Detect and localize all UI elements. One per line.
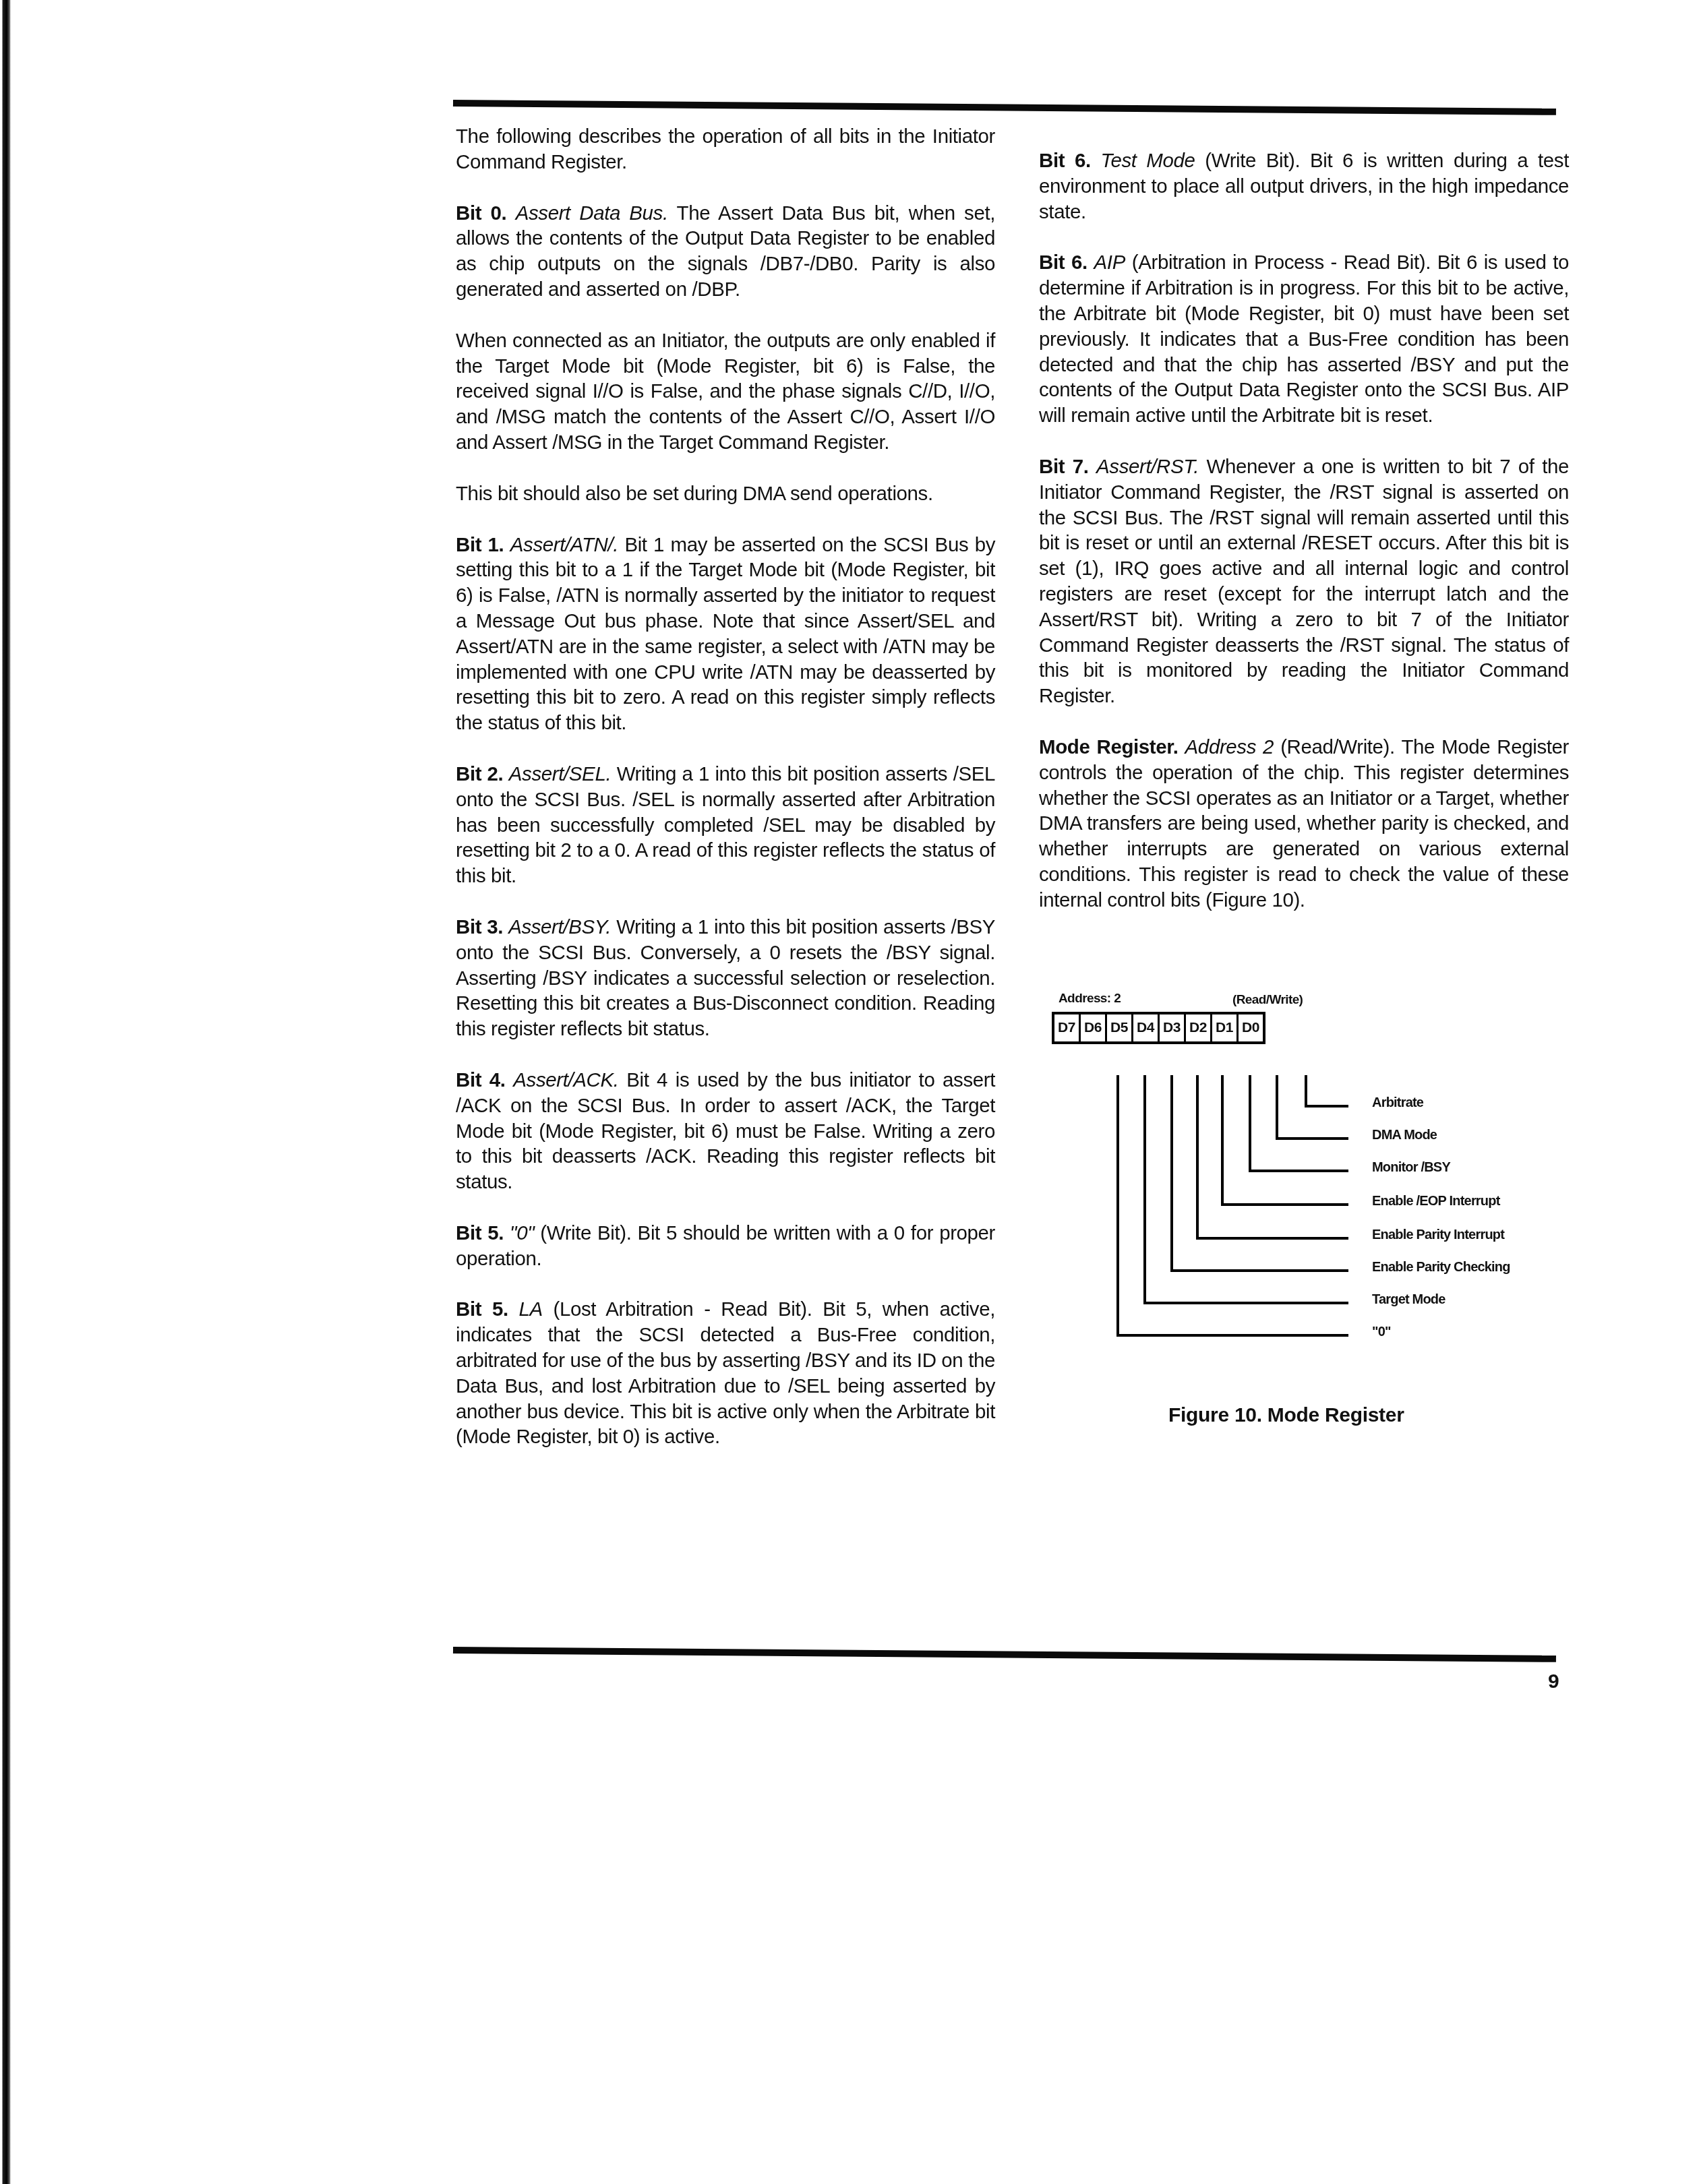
bit-title: Assert/BSY. [508, 916, 611, 938]
bit-label-dma-mode: DMA Mode [1372, 1128, 1437, 1143]
bit-label-enable-parity-interrupt: Enable Parity Interrupt [1372, 1227, 1504, 1243]
paragraph-bit0: Bit 0. Assert Data Bus. The Assert Data … [456, 201, 995, 303]
figure-caption: Figure 10. Mode Register [1168, 1404, 1404, 1427]
bottom-rule [453, 1647, 1556, 1662]
bit-label-enable-parity-checking: Enable Parity Checking [1372, 1260, 1510, 1275]
bit-title: Assert/ATN/. [510, 534, 618, 556]
mode-register-figure: Address: 2 (Read/Write) D7 D6 D5 D4 D3 D… [1052, 988, 1537, 1459]
paragraph-bit6-read: Bit 6. AIP (Arbitration in Process - Rea… [1039, 250, 1569, 429]
section-address: Address 2 [1185, 736, 1274, 758]
paragraph-bit6-write: Bit 6. Test Mode (Write Bit). Bit 6 is w… [1039, 148, 1569, 224]
paragraph-bit5-write: Bit 5. "0" (Write Bit). Bit 5 should be … [456, 1221, 995, 1272]
bit-heading: Bit 4. [456, 1069, 506, 1091]
bit-title: Assert/RST. [1096, 456, 1199, 478]
bit-heading: Bit 1. [456, 534, 504, 556]
paragraph-bit2: Bit 2. Assert/SEL. Writing a 1 into this… [456, 762, 995, 889]
bit-title: Assert/ACK. [513, 1069, 618, 1091]
bit-heading: Bit 5. [456, 1298, 508, 1321]
bit-title: Test Mode [1100, 150, 1195, 172]
paragraph-mode-register: Mode Register. Address 2 (Read/Write). T… [1039, 735, 1569, 913]
bit-title: Assert/SEL. [509, 763, 611, 785]
bit-leader-lines [1052, 988, 1537, 1338]
bit-title: AIP [1094, 251, 1125, 274]
bit-heading: Bit 3. [456, 916, 503, 938]
bit-title: Assert Data Bus. [516, 202, 668, 224]
bit-heading: Bit 6. [1039, 251, 1087, 274]
bit-label-enable-eop-interrupt: Enable /EOP Interrupt [1372, 1194, 1500, 1209]
bit-title: LA [519, 1298, 543, 1321]
bit-label-arbitrate: Arbitrate [1372, 1095, 1423, 1111]
bit-label-monitor-bsy: Monitor /BSY [1372, 1160, 1450, 1176]
bit-title: "0" [510, 1222, 534, 1244]
bit-heading: Bit 0. [456, 202, 506, 224]
paragraph-initiator: When connected as an Initiator, the outp… [456, 328, 995, 456]
bit-heading: Bit 5. [456, 1222, 504, 1244]
paragraph-bit3: Bit 3. Assert/BSY. Writing a 1 into this… [456, 915, 995, 1042]
bit-label-target-mode: Target Mode [1372, 1292, 1445, 1308]
top-rule [453, 100, 1556, 115]
page-number: 9 [1548, 1670, 1559, 1693]
paragraph-bit1: Bit 1. Assert/ATN/. Bit 1 may be asserte… [456, 533, 995, 736]
bit-heading: Bit 7. [1039, 456, 1089, 478]
paragraph-dma-send: This bit should also be set during DMA s… [456, 481, 995, 507]
paragraph-bit7: Bit 7. Assert/RST. Whenever a one is wri… [1039, 454, 1569, 709]
bit-heading: Bit 6. [1039, 150, 1091, 172]
paragraph-intro: The following describes the operation of… [456, 124, 995, 175]
paragraph-bit5-read: Bit 5. LA (Lost Arbitration - Read Bit).… [456, 1297, 995, 1450]
section-heading: Mode Register. [1039, 736, 1179, 758]
right-column: Bit 6. Test Mode (Write Bit). Bit 6 is w… [1039, 148, 1569, 939]
bit-label-zero: "0" [1372, 1325, 1391, 1340]
bit-heading: Bit 2. [456, 763, 503, 785]
scan-binding-edge [0, 0, 11, 2184]
left-column: The following describes the operation of… [456, 124, 995, 1476]
paragraph-bit4: Bit 4. Assert/ACK. Bit 4 is used by the … [456, 1068, 995, 1195]
